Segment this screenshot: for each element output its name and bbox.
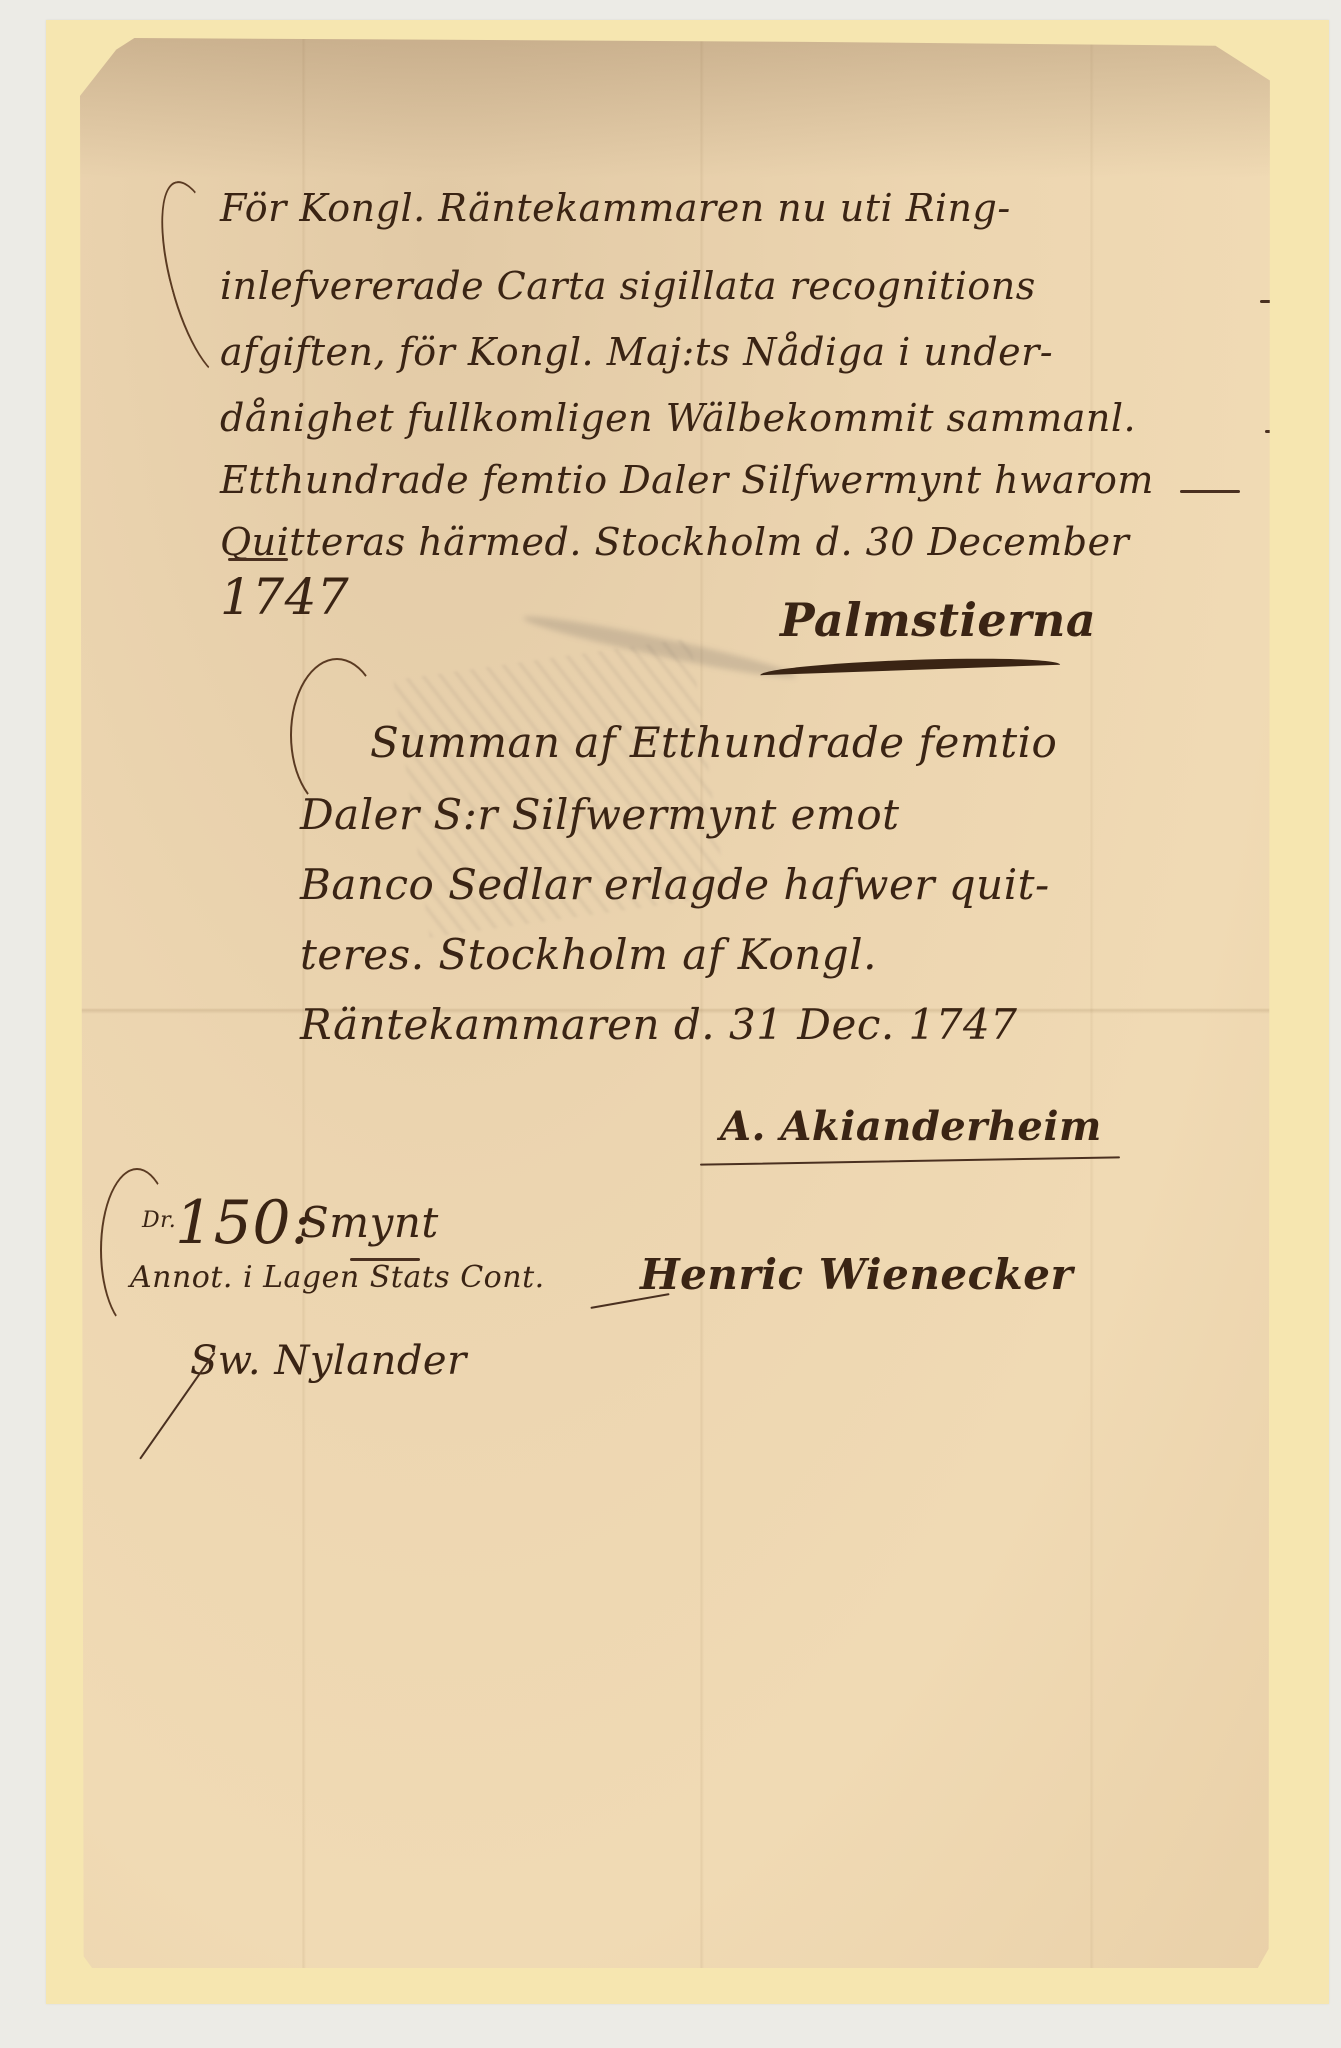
signature-akianderheim: A. Akianderheim <box>720 1103 1102 1150</box>
text-line: Banco Sedlar erlagde hafwer quit- <box>300 860 1050 909</box>
amount-currency: Smynt <box>300 1198 439 1247</box>
text-line: afgiften, för Kongl. Maj:ts Nådiga i und… <box>220 330 1053 374</box>
signature-palmstierna: Palmstierna <box>780 593 1096 647</box>
signature-flourish <box>590 1293 669 1309</box>
text-line: dånighet fullkomligen Wälbekommit samman… <box>220 396 1136 440</box>
text-line: Summan af Etthundrade femtio <box>370 718 1057 767</box>
document-paper: För Kongl. Räntekammaren nu uti Ring- in… <box>80 38 1288 1968</box>
line-dash <box>1180 490 1240 493</box>
bleed-through-stroke <box>521 609 799 685</box>
line-dash <box>228 558 288 561</box>
signature-underline <box>700 1156 1120 1165</box>
amount-value: 150: <box>175 1188 312 1258</box>
text-line: teres. Stockholm af Kongl. <box>300 930 877 979</box>
text-line: Daler S:r Silfwermynt emot <box>300 790 900 839</box>
age-stain <box>80 38 1288 178</box>
annotation-text: Annot. i Lagen Stats Cont. <box>130 1260 545 1295</box>
signature-wienecker: Henric Wienecker <box>640 1250 1073 1299</box>
amount-prefix: Dr. <box>142 1208 176 1233</box>
text-line: För Kongl. Räntekammaren nu uti Ring- <box>220 186 1011 230</box>
signature-tail <box>139 1352 215 1460</box>
signature-underline <box>760 655 1060 675</box>
year-text: 1747 <box>220 568 349 626</box>
initial-flourish <box>100 1168 174 1332</box>
text-line: Quitteras härmed. Stockholm d. 30 Decemb… <box>220 520 1129 564</box>
text-line: inlefvererade Carta sigillata recognitio… <box>220 264 1036 308</box>
text-line: Räntekammaren d. 31 Dec. 1747 <box>300 1000 1017 1049</box>
registrar-signature: Sw. Nylander <box>190 1338 467 1384</box>
text-line: Etthundrade femtio Daler Silfwermynt hwa… <box>220 458 1154 502</box>
